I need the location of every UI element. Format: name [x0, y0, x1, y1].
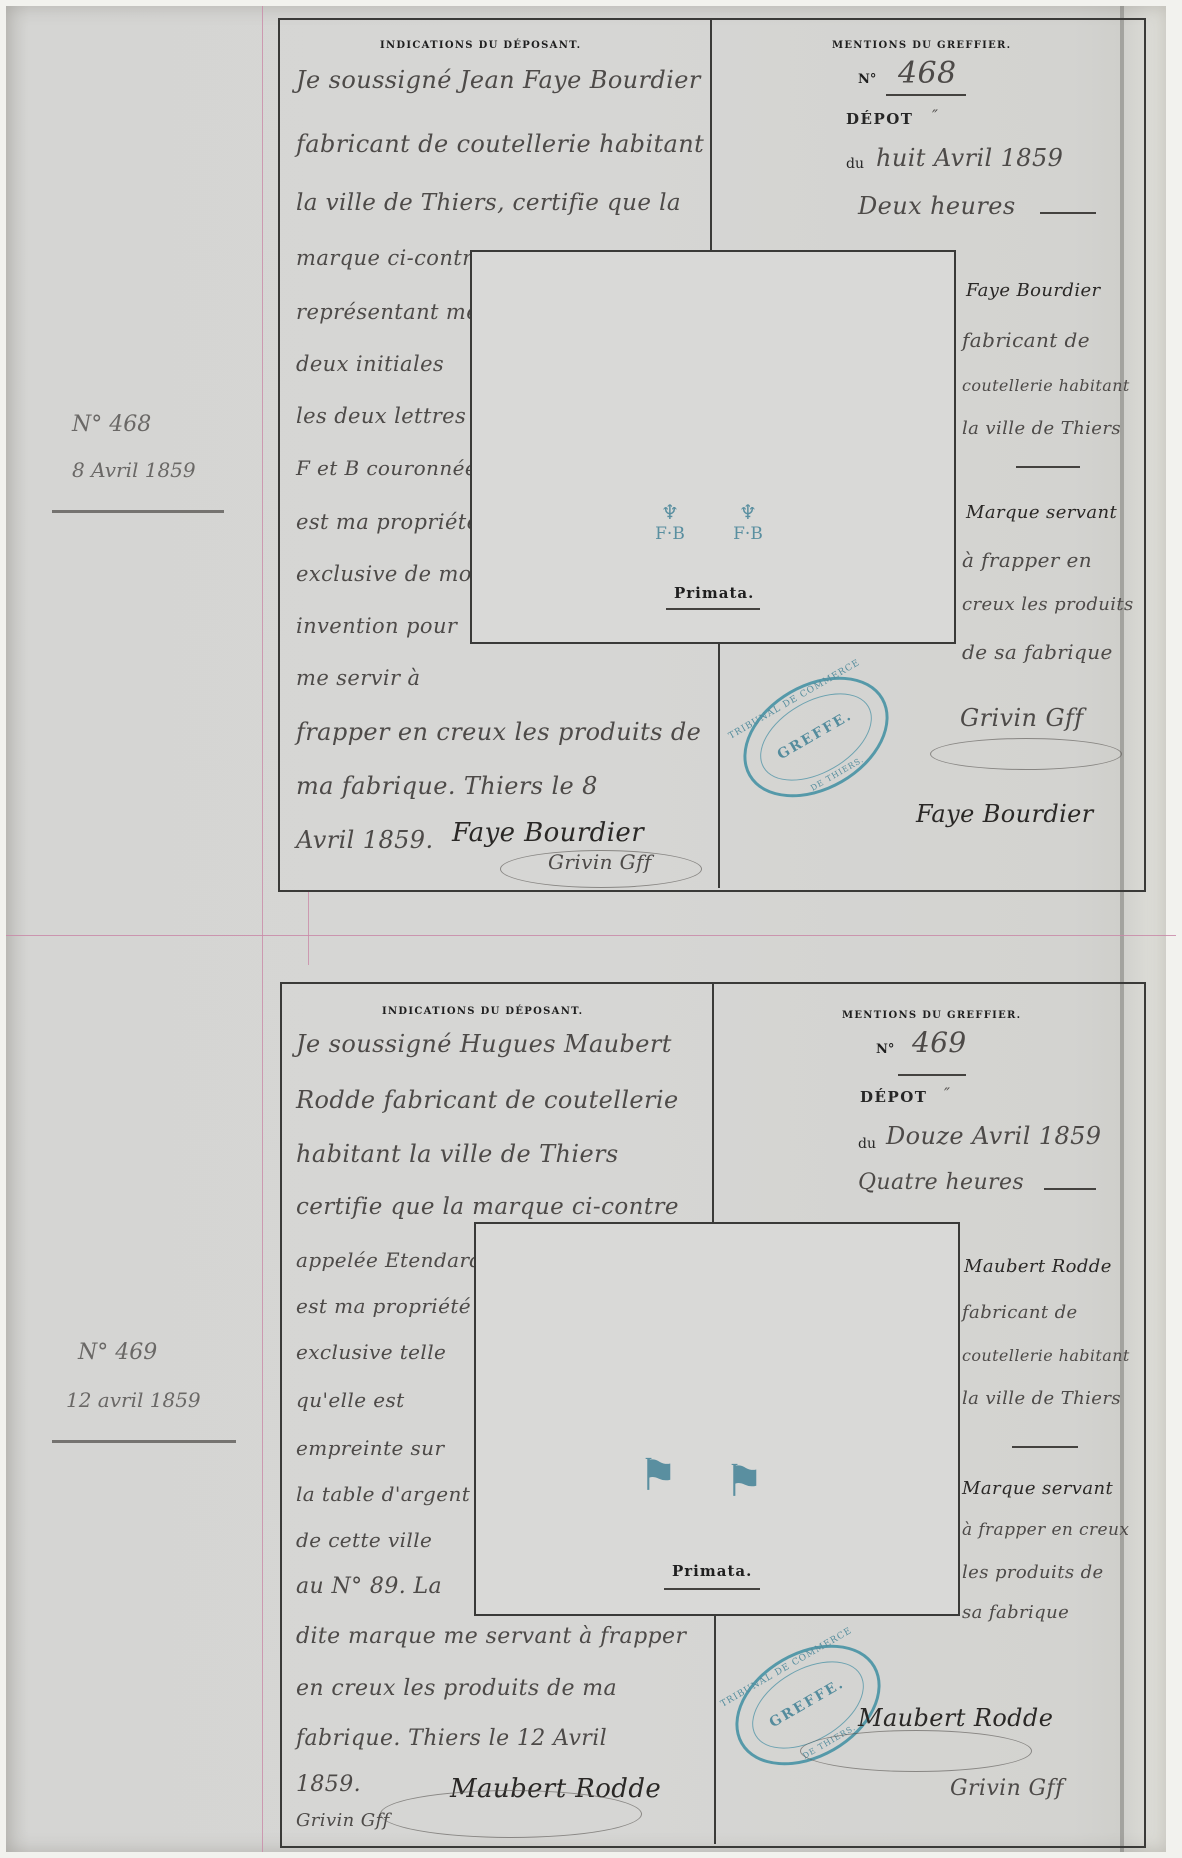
clerk-signature-left: Grivin Gff: [296, 1810, 390, 1831]
depositor-line: dite marque me servant à frapper: [296, 1624, 686, 1649]
time-rule: [1044, 1188, 1096, 1190]
depositor-line: qu'elle est: [296, 1388, 405, 1412]
margin-entry-number: N° 468: [72, 412, 151, 437]
trademark-impression: ♆ F·B: [640, 500, 700, 544]
depositor-line: les deux lettres: [296, 404, 466, 428]
depositor-line: Je soussigné Hugues Maubert: [296, 1030, 672, 1058]
number-underline: [898, 1074, 966, 1076]
depositor-line: Rodde fabricant de coutellerie: [296, 1086, 679, 1114]
deposit-date: Douze Avril 1859: [886, 1122, 1101, 1150]
du-label: du: [846, 156, 864, 172]
depositor-line: exclusive de mon: [296, 562, 486, 586]
depositor-line: habitant la ville de Thiers: [296, 1140, 619, 1168]
mark-description-line: à frapper en creux: [962, 1520, 1129, 1540]
clerk-signature-right: Grivin Gff: [950, 1776, 1064, 1801]
deposit-number-label: N°: [876, 1042, 894, 1057]
clerk-line: coutellerie habitant: [962, 376, 1130, 395]
column-divider-top: [710, 18, 712, 250]
deposit-number-label: N°: [858, 72, 876, 87]
clerk-line: fabricant de: [962, 328, 1090, 352]
ditto-mark: ″: [944, 1084, 950, 1103]
header-clerk: MENTIONS DU GREFFIER.: [832, 40, 1011, 51]
mark-description-line: les produits de: [962, 1562, 1104, 1583]
trademark-box: [474, 1222, 960, 1616]
depositor-line: invention pour: [296, 614, 457, 638]
clerk-rule: [1016, 466, 1080, 468]
clerk-line: la ville de Thiers: [962, 418, 1121, 439]
depot-label: DÉPOT: [860, 1088, 927, 1106]
depositor-line: F et B couronnées: [296, 456, 488, 480]
banner-mark-icon: ⚑: [724, 1456, 764, 1507]
depositor-line: Je soussigné Jean Faye Bourdier: [296, 66, 701, 94]
crown-icon: ♆: [718, 500, 778, 524]
clerk-signature-right: Grivin Gff: [960, 704, 1084, 732]
depot-label: DÉPOT: [846, 110, 913, 128]
depositor-line: représentant mes: [296, 300, 490, 324]
crown-icon: ♆: [640, 500, 700, 524]
depositor-line: marque ci-contre: [296, 246, 485, 270]
depositor-line: Avril 1859.: [296, 826, 433, 854]
header-clerk: MENTIONS DU GREFFIER.: [842, 1010, 1021, 1021]
primata-caption: Primata.: [674, 584, 754, 602]
margin-rule-short: [308, 890, 309, 965]
ditto-mark: ″: [932, 106, 938, 125]
depositor-line: fabrique. Thiers le 12 Avril: [296, 1726, 607, 1751]
primata-underline: [664, 1588, 760, 1590]
clerk-line: la ville de Thiers: [962, 1388, 1121, 1409]
depositor-line: 1859.: [296, 1772, 361, 1797]
deposit-number-value: 469: [912, 1026, 967, 1059]
column-divider-bottom: [714, 1612, 716, 1844]
depositor-line: est ma propriété: [296, 510, 479, 534]
mark-description-line: creux les produits: [962, 594, 1134, 615]
clerk-line: fabricant de: [962, 1302, 1078, 1323]
primata-underline: [666, 608, 760, 610]
clerk-line: Faye Bourdier: [966, 280, 1101, 301]
depositor-line: exclusive telle: [296, 1340, 446, 1364]
depositor-signature-right: Faye Bourdier: [916, 800, 1094, 828]
deposit-time: Quatre heures: [858, 1170, 1024, 1195]
mark-description-line: Marque servant: [966, 502, 1117, 523]
depositor-signature: Faye Bourdier: [452, 818, 644, 848]
header-depositor: INDICATIONS DU DÉPOSANT.: [382, 1006, 583, 1017]
banner-mark-icon: ⚑: [638, 1450, 678, 1501]
depositor-signature-right: Maubert Rodde: [858, 1704, 1053, 1732]
mark-description-line: de sa fabrique: [962, 640, 1113, 664]
depositor-line: de cette ville: [296, 1528, 432, 1552]
column-divider-bottom: [718, 640, 720, 888]
trademark-impression: ♆ F·B: [718, 500, 778, 544]
paraph-flourish: [380, 1790, 642, 1838]
clerk-line: Maubert Rodde: [964, 1256, 1112, 1277]
depositor-line: appelée Etendard: [296, 1248, 483, 1272]
margin-underline: [52, 1440, 236, 1443]
depositor-line: deux initiales: [296, 352, 444, 376]
margin-entry-date: 8 Avril 1859: [72, 458, 196, 482]
depositor-line: me servir à: [296, 666, 420, 690]
number-underline: [886, 94, 966, 96]
depositor-line: empreinte sur: [296, 1436, 444, 1460]
entry-separator-rule: [6, 935, 1176, 936]
paraph-flourish: [930, 738, 1122, 770]
du-label: du: [858, 1136, 876, 1152]
depositor-line: en creux les produits de ma: [296, 1676, 617, 1701]
primata-caption: Primata.: [672, 1562, 752, 1580]
margin-entry-date: 12 avril 1859: [66, 1388, 201, 1412]
depositor-line: ma fabrique. Thiers le 8: [296, 772, 598, 800]
time-rule: [1040, 212, 1096, 214]
margin-entry-number: N° 469: [78, 1340, 157, 1365]
depositor-line: est ma propriété: [296, 1294, 471, 1318]
margin-rule-vertical: [262, 6, 263, 1852]
depositor-line: au N° 89. La: [296, 1574, 442, 1599]
trademark-initials: F·B: [718, 524, 778, 544]
depositor-line: fabricant de coutellerie habitant: [296, 130, 704, 158]
clerk-line: coutellerie habitant: [962, 1346, 1130, 1365]
mark-description-line: sa fabrique: [962, 1602, 1069, 1623]
paraph-flourish: [800, 1730, 1032, 1772]
depositor-line: certifie que la marque ci-contre: [296, 1194, 679, 1220]
deposit-date: huit Avril 1859: [876, 144, 1063, 172]
depositor-line: frapper en creux les produits de: [296, 718, 701, 746]
clerk-rule: [1012, 1446, 1078, 1448]
column-divider-top: [712, 982, 714, 1222]
trademark-initials: F·B: [640, 524, 700, 544]
margin-underline: [52, 510, 224, 513]
depositor-line: la table d'argent: [296, 1482, 470, 1506]
mark-description-line: à frapper en: [962, 548, 1092, 572]
mark-description-line: Marque servant: [962, 1478, 1113, 1499]
header-depositor: INDICATIONS DU DÉPOSANT.: [380, 40, 581, 51]
paraph-flourish: [500, 850, 702, 888]
deposit-time: Deux heures: [858, 192, 1016, 220]
depositor-line: la ville de Thiers, certifie que la: [296, 190, 681, 216]
deposit-number-value: 468: [898, 56, 956, 91]
